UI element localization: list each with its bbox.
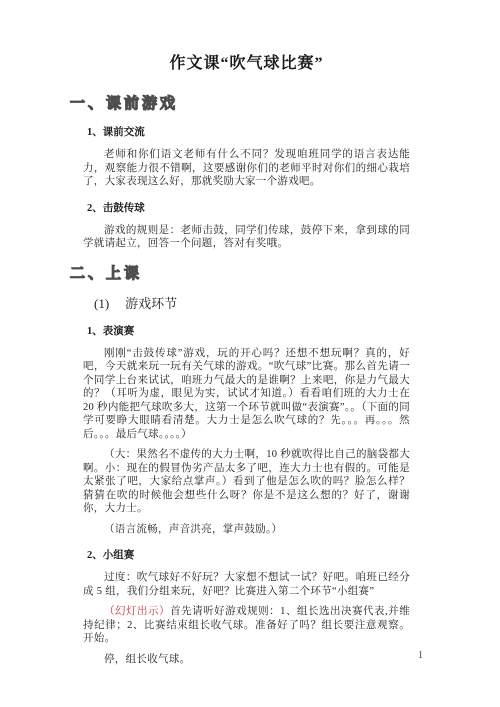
slide-show-red-label: （幻灯出示） (104, 606, 170, 617)
paragraph-strongman-comments: （大：果然名不虚传的大力士啊，10 秒就吹得比自己的脑袋都大啊。小：现在的假冒伪… (83, 448, 410, 516)
page-content: 作文课“吹气球比赛” 一、课前游戏 1、课前交流 老师和你们语文老师有什么不同？… (70, 54, 423, 673)
item-number: (1) (94, 296, 109, 311)
paragraph-praise-note: （语言流畅，声音洪亮，掌声鼓励。） (83, 523, 410, 537)
section-2-heading: 二、上课 (70, 265, 423, 283)
paragraph-slide-rules: （幻灯出示）首先请听好游戏规则：1、组长选出决赛代表,并维持纪律；2、比赛结束组… (83, 605, 410, 646)
subheading-drum-ball-game: 2、击鼓传球 (87, 202, 423, 215)
paragraph-stop-collect: 停，组长收气球。 (83, 653, 410, 667)
page-title: 作文课“吹气球比赛” (70, 54, 423, 74)
paragraph-pre-class-chat: 老师和你们语文老师有什么不同？发现咱班同学的语言表达能力，观察能力很不错啊，这要… (83, 148, 410, 189)
item-title: 游戏环节 (125, 296, 177, 311)
paragraph-exhibition-round: 刚刚“击鼓传球”游戏，玩的开心吗？还想不想玩啊？真的，好吧，今天就来玩一玩有关气… (83, 347, 410, 442)
subheading-exhibition-round: 1、表演赛 (87, 325, 423, 338)
subheading-group-round: 2、小组赛 (87, 549, 423, 562)
paragraph-game-rules: 游戏的规则是：老师击鼓，同学们传球，鼓停下来，拿到球的同学就请起立，回答一个问题… (83, 224, 410, 251)
paragraph-group-round-transition: 过度：吹气球好不好玩？大家想不想试一试？好吧。咱班已经分成 5 组，我们分组来玩… (83, 571, 410, 598)
numbered-item-game-stage: (1)游戏环节 (94, 296, 423, 312)
section-1-heading: 一、课前游戏 (70, 95, 423, 113)
document-page: 作文课“吹气球比赛” 一、课前游戏 1、课前交流 老师和你们语文老师有什么不同？… (0, 0, 500, 707)
page-number: 1 (418, 650, 423, 661)
subheading-pre-class-chat: 1、课前交流 (87, 126, 423, 139)
